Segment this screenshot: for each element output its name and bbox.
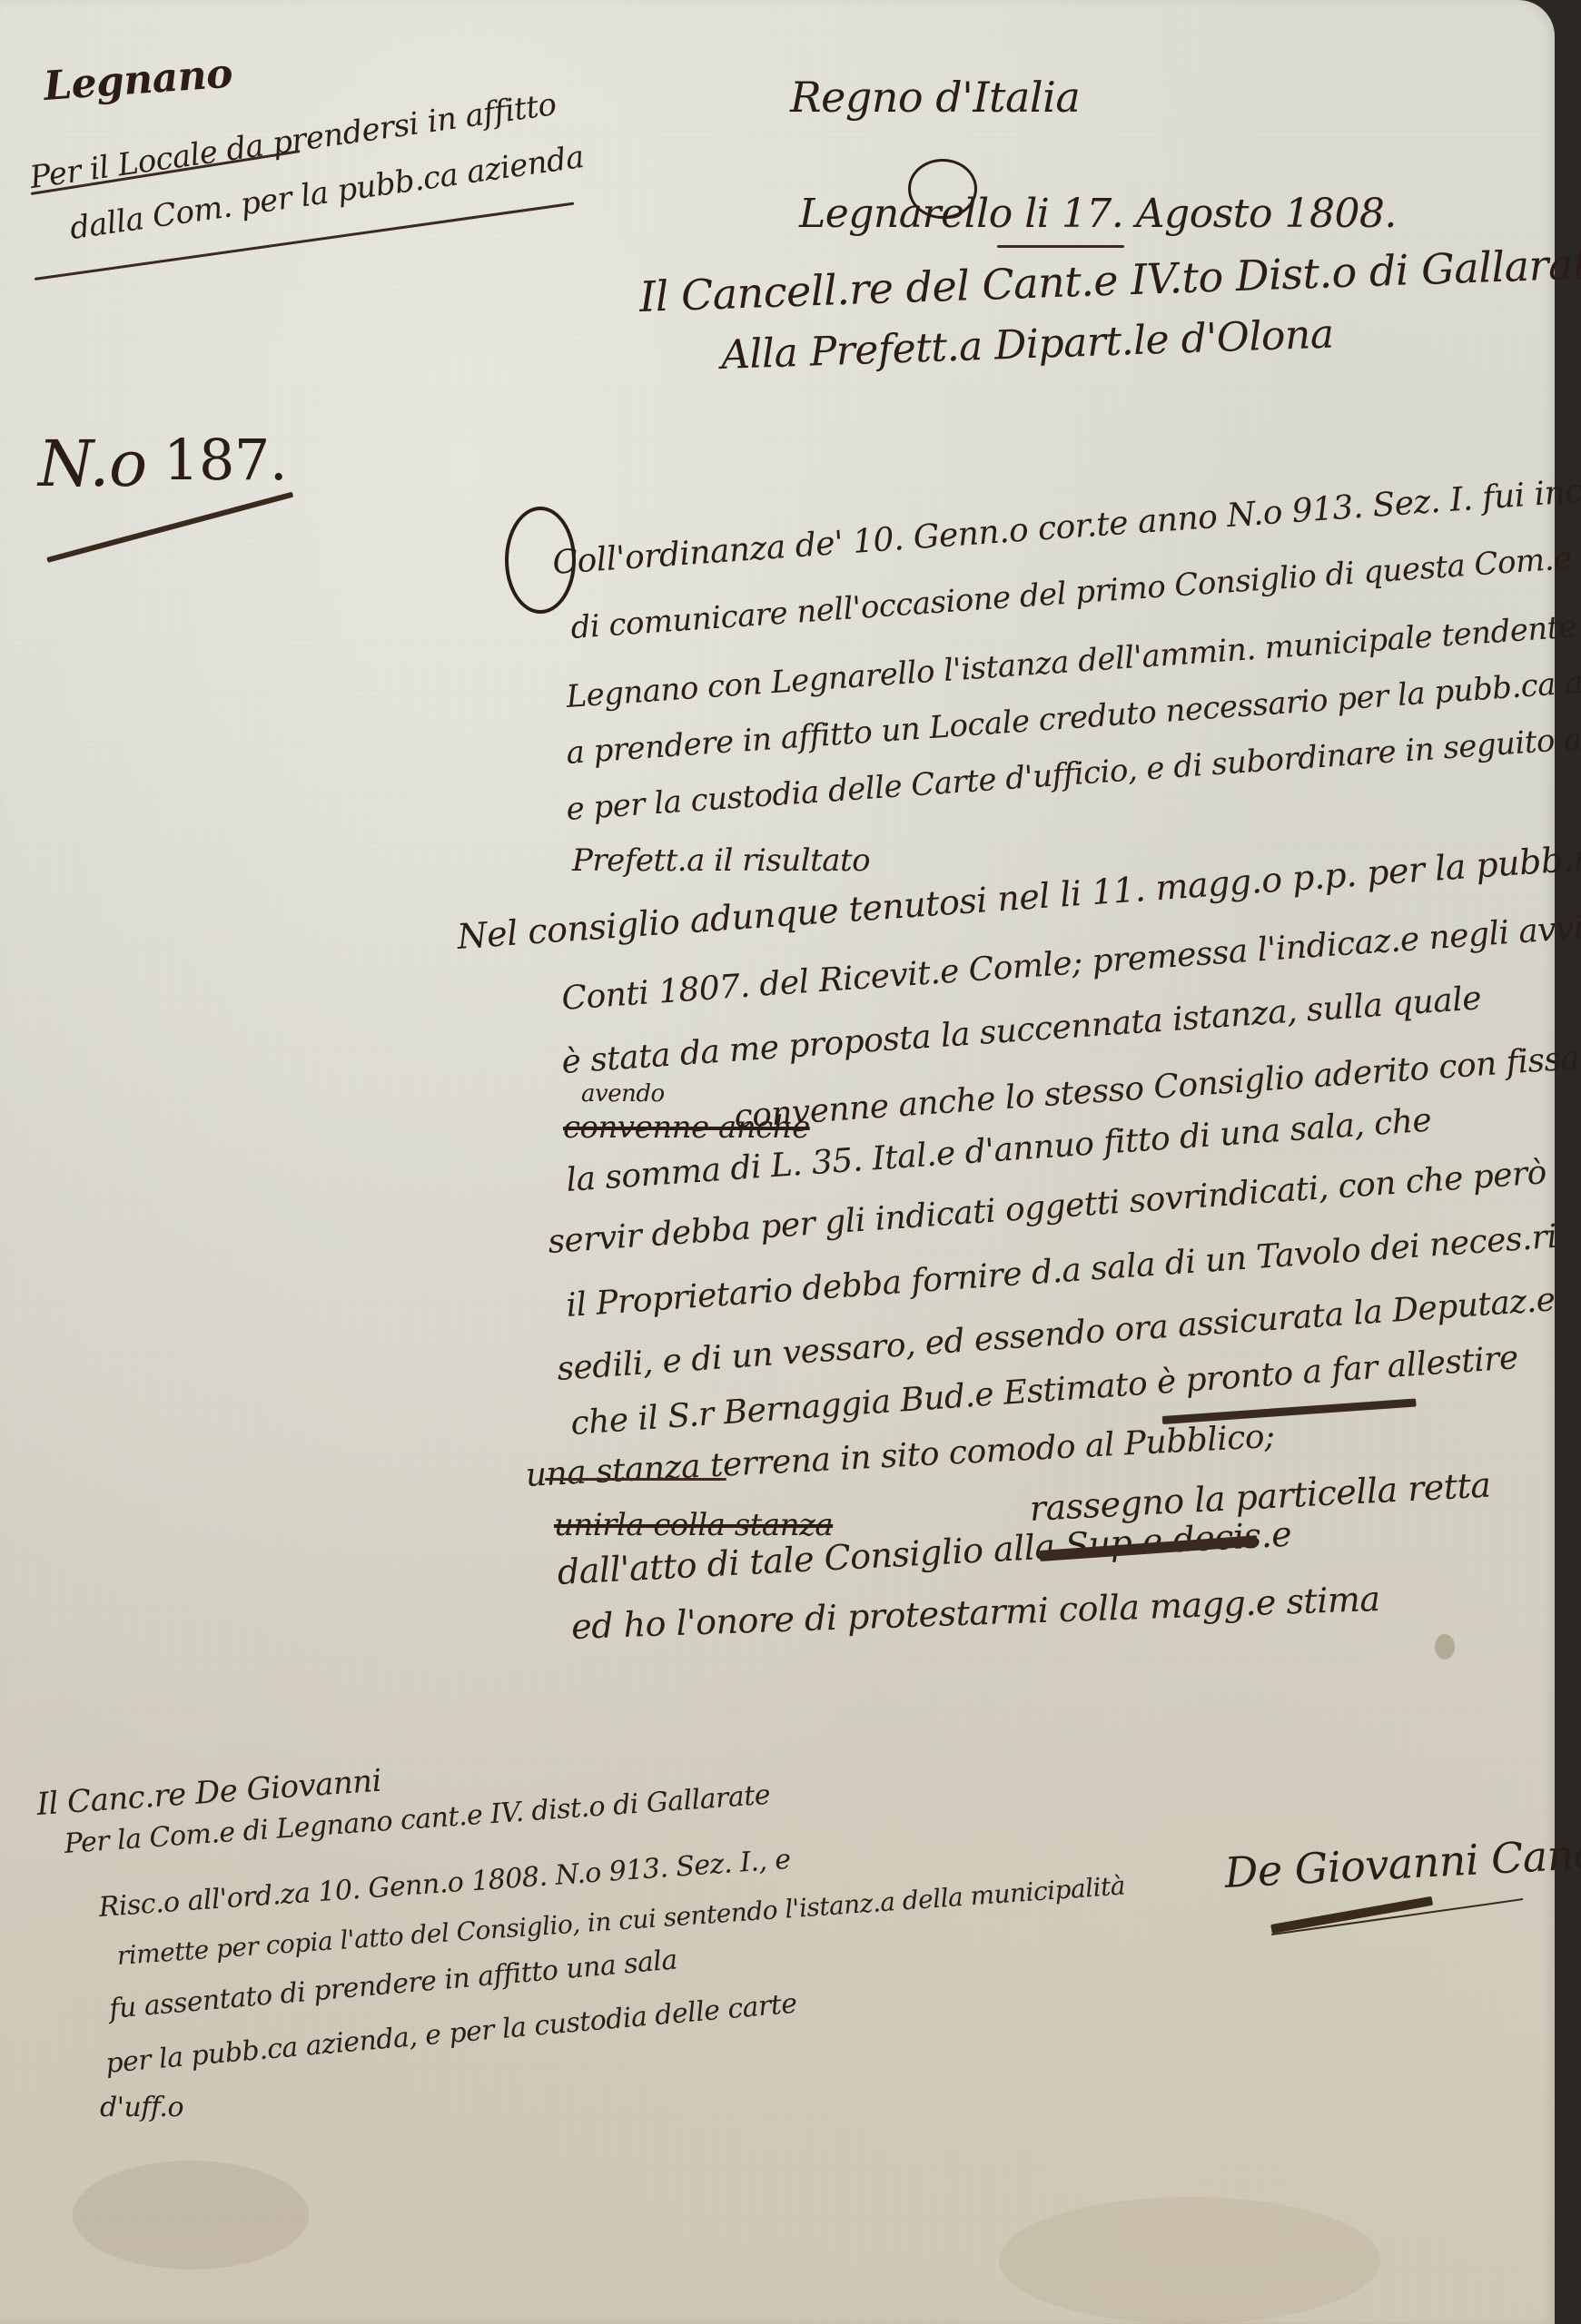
place-date-line: Legnarello li 17. Agosto 1808. bbox=[799, 191, 1397, 237]
strikethrough-mark bbox=[545, 1478, 726, 1481]
register-note-line: d'uff.o bbox=[100, 2092, 183, 2123]
body-line: Prefett.a il risultato bbox=[572, 842, 870, 879]
struck-word: unirla colla stanza bbox=[554, 1507, 833, 1543]
protocol-number-underline bbox=[46, 492, 293, 563]
protocol-number-label: N.o bbox=[38, 427, 147, 501]
signature: De Giovanni Canc.e bbox=[1223, 1827, 1581, 1897]
paper-stain bbox=[999, 2197, 1380, 2324]
interlinear-insertion: avendo bbox=[581, 1080, 665, 1108]
state-heading: Regno d'Italia bbox=[790, 73, 1080, 122]
paper-stain bbox=[73, 2161, 309, 2270]
recipient-line: Alla Prefett.a Dipart.le d'Olona bbox=[720, 310, 1334, 379]
date-underline bbox=[997, 245, 1124, 248]
margin-place-name: Legnano bbox=[42, 51, 233, 110]
protocol-number-value: 187. bbox=[163, 427, 287, 493]
closing-line: ed ho l'onore di protestarmi colla magg.… bbox=[570, 1579, 1380, 1647]
strikethrough-mark bbox=[1162, 1398, 1417, 1424]
sender-line: Il Cancell.re del Cant.e IV.to Dist.o di… bbox=[638, 239, 1581, 321]
paper-stain bbox=[1435, 1634, 1455, 1659]
manuscript-page: Legnano Per il Locale da prendersi in af… bbox=[0, 0, 1555, 2324]
